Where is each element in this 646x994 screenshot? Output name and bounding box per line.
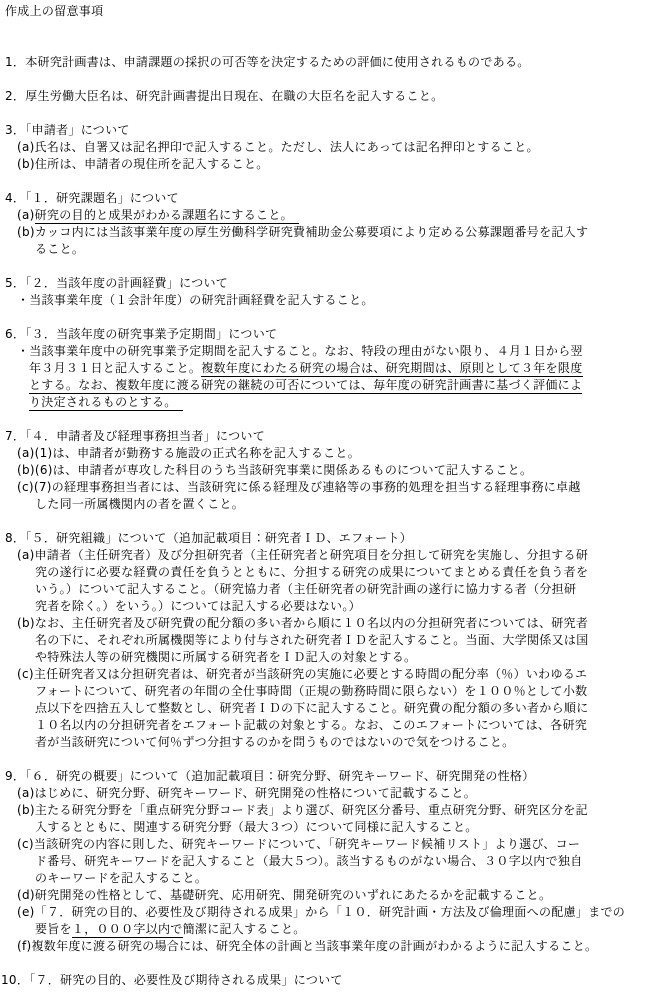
text-line: り決定されるものとする。 <box>0 394 646 411</box>
text-segment: 6．「３．当該年度の研究事業予定期間」について <box>5 327 277 341</box>
text-line: ること。 <box>0 241 646 258</box>
text-line: 名の下に、それぞれ所属機関等により付与された研究者ＩＤを記入すること。当面、大学… <box>0 632 646 649</box>
text-segment: (c)主任研究者又は分担研究者は、研究者が当該研究の実施に必要とする時間の配分率… <box>17 667 587 681</box>
underlined-text: 複数年度にわたる研究の場合は、研究期間は、原則として３年を限度 <box>201 361 582 377</box>
text-line: 7．「４．申請者及び経理事務担当者」について <box>0 428 646 445</box>
underlined-text: り決定されるものとする。 <box>29 395 183 411</box>
document-body: 1．本研究計画書は、申請課題の採択の可否等を決定するための評価に使用されるもので… <box>0 20 646 989</box>
text-segment: 者が当該研究について何％ずつ分担するのかを問うものではないので気をつけること。 <box>35 735 514 749</box>
underlined-text: １，０００字以内で <box>72 922 183 938</box>
text-line: (a)研究の目的と成果がわかる課題名にすること。 <box>0 207 646 224</box>
text-line: (d)研究開発の性格として、基礎研究、応用研究、開発研究のいずれにあたるかを記載… <box>0 887 646 904</box>
page-title: 作成上の留意事項 <box>0 3 646 20</box>
text-segment: 簡潔に記入すること。 <box>183 922 306 936</box>
text-line: のキーワードを記入すること。 <box>0 870 646 887</box>
text-line: 究の遂行に必要な経費の責任を負うとともに、分担する研究の成果についてまとめる責任… <box>0 564 646 581</box>
blank-line <box>0 105 646 122</box>
text-line: 9．「６．研究の概要」について（追加記載項目：研究分野、研究キーワード、研究開発… <box>0 768 646 785</box>
text-line: 10．「７．研究の目的、必要性及び期待される成果」について <box>0 972 646 989</box>
text-line: (c)主任研究者又は分担研究者は、研究者が当該研究の実施に必要とする時間の配分率… <box>0 666 646 683</box>
text-line: １０名以内の分担研究者をエフォート記載の対象とする。なお、このエフォートについて… <box>0 717 646 734</box>
text-line: 5．「２．当該年度の計画経費」について <box>0 275 646 292</box>
text-segment: 9．「６．研究の概要」について（追加記載項目：研究分野、研究キーワード、研究開発… <box>5 769 535 783</box>
text-segment: (a) <box>17 208 35 222</box>
blank-line <box>0 411 646 428</box>
text-line: (a)(1)は、申請者が勤務する施設の正式名称を記入すること。 <box>0 445 646 462</box>
text-line: 2．厚生労働大臣名は、研究計画書提出日現在、在職の大臣名を記入すること。 <box>0 88 646 105</box>
text-line: ・当該事業年度中の研究事業予定期間を記入すること。なお、特段の理由がない限り、４… <box>0 343 646 360</box>
text-line: 3．「申請者」について <box>0 122 646 139</box>
text-line: 点以下を四捨五入して整数とし、研究者ＩＤの下に記入すること。研究費の配分額の多い… <box>0 700 646 717</box>
text-segment: 8．「５．研究組織」について（追加記載項目：研究者ＩＤ、エフォート） <box>5 531 412 545</box>
blank-line <box>0 20 646 37</box>
text-line: (f)複数年度に渡る研究の場合には、研究全体の計画と当該事業年度の計画がわかるよ… <box>0 938 646 955</box>
text-line: (a)はじめに、研究分野、研究キーワード、研究開発の性格について記載すること。 <box>0 785 646 802</box>
underlined-text: 研究の目的と成果がわかる課題名にすること。 <box>35 208 300 224</box>
blank-line <box>0 513 646 530</box>
text-segment: のキーワードを記入すること。 <box>35 871 207 885</box>
text-segment: (b)なお、主任研究者及び研究費の配分額の多い者から順に１０名以内の分担研究者に… <box>17 616 588 630</box>
text-segment: ること。 <box>35 242 84 256</box>
underlined-text: とする。なお、複数年度に渡る研究の継続の可否については、毎年度の研究計画書に基づ… <box>29 378 582 394</box>
text-line: (a)申請者（主任研究者）及び分担研究者（主任研究者と研究項目を分担して研究を実… <box>0 547 646 564</box>
text-segment: (a)(1)は、申請者が勤務する施設の正式名称を記入すること。 <box>17 446 360 460</box>
blank-line <box>0 37 646 54</box>
text-line: (b)カッコ内には当該事業年度の厚生労働科学研究費補助金公募要項により定める公募… <box>0 224 646 241</box>
text-line: 入するとともに、関連する研究分野（最大３つ）について同様に記入すること。 <box>0 819 646 836</box>
text-segment: フォートについて、研究者の年間の全仕事時間（正規の勤務時間に限らない）を１００％… <box>35 684 587 698</box>
blank-line <box>0 751 646 768</box>
text-line: (b)住所は、申請者の現住所を記入すること。 <box>0 156 646 173</box>
text-line: 4．「１．研究課題名」について <box>0 190 646 207</box>
text-segment: 年３月３１日と記入すること。 <box>29 361 201 375</box>
text-segment: (f)複数年度に渡る研究の場合には、研究全体の計画と当該事業年度の計画がわかるよ… <box>17 939 597 953</box>
text-segment: (e)「７．研究の目的、必要性及び期待される成果」から「１０．研究計画・方法及び… <box>17 905 625 919</box>
text-segment: 7．「４．申請者及び経理事務担当者」について <box>5 429 265 443</box>
text-segment: １０名以内の分担研究者をエフォート記載の対象とする。なお、このエフォートについて… <box>35 718 587 732</box>
text-segment: 要旨を <box>35 922 72 936</box>
text-line: いう。）について記入すること。（研究協力者（主任研究者の研究計画の遂行に協力する… <box>0 581 646 598</box>
text-line: (c)(7)の経理事務担当者には、当該研究に係る経理及び連絡等の事務的処理を担当… <box>0 479 646 496</box>
text-line: 年３月３１日と記入すること。複数年度にわたる研究の場合は、研究期間は、原則として… <box>0 360 646 377</box>
text-line: 者が当該研究について何％ずつ分担するのかを問うものではないので気をつけること。 <box>0 734 646 751</box>
text-line: (a)氏名は、自署又は記名押印で記入すること。ただし、法人にあっては記名押印とす… <box>0 139 646 156</box>
blank-line <box>0 955 646 972</box>
text-segment: (c)(7)の経理事務担当者には、当該研究に係る経理及び連絡等の事務的処理を担当… <box>17 480 581 494</box>
text-segment: した同一所属機関内の者を置くこと。 <box>35 497 244 511</box>
text-line: 6．「３．当該年度の研究事業予定期間」について <box>0 326 646 343</box>
document-page: 作成上の留意事項 1．本研究計画書は、申請課題の採択の可否等を決定するための評価… <box>0 0 646 989</box>
text-segment: ・当該事業年度（１会計年度）の研究計画経費を記入すること。 <box>17 293 374 307</box>
text-line: (b)なお、主任研究者及び研究費の配分額の多い者から順に１０名以内の分担研究者に… <box>0 615 646 632</box>
text-segment: 1．本研究計画書は、申請課題の採択の可否等を決定するための評価に使用されるもので… <box>5 55 530 69</box>
text-segment: 究の遂行に必要な経費の責任を負うとともに、分担する研究の成果についてまとめる責任… <box>35 565 588 579</box>
text-segment: (b)カッコ内には当該事業年度の厚生労働科学研究費補助金公募要項により定める公募… <box>17 225 588 239</box>
text-segment: (b)住所は、申請者の現住所を記入すること。 <box>17 157 269 171</box>
text-segment: 入するとともに、関連する研究分野（最大３つ）について同様に記入すること。 <box>35 820 478 834</box>
text-segment: 10．「７．研究の目的、必要性及び期待される成果」について <box>1 973 343 987</box>
text-segment: (b)主たる研究分野を「重点研究分野コード表」より選び、研究区分番号、重点研究分… <box>17 803 588 817</box>
text-line: 要旨を１，０００字以内で簡潔に記入すること。 <box>0 921 646 938</box>
text-segment: (d)研究開発の性格として、基礎研究、応用研究、開発研究のいずれにあたるかを記載… <box>17 888 551 902</box>
blank-line <box>0 309 646 326</box>
blank-line <box>0 173 646 190</box>
text-line: フォートについて、研究者の年間の全仕事時間（正規の勤務時間に限らない）を１００％… <box>0 683 646 700</box>
text-segment: 2．厚生労働大臣名は、研究計画書提出日現在、在職の大臣名を記入すること。 <box>5 89 443 103</box>
text-segment: や特殊法人等の研究機関に所属する研究者をＩＤ記入の対象とする。 <box>35 650 416 664</box>
text-segment: (a)氏名は、自署又は記名押印で記入すること。ただし、法人にあっては記名押印とす… <box>17 140 539 154</box>
text-line: 究者を除く。）をいう。）については記入する必要はない。） <box>0 598 646 615</box>
text-segment: ド番号、研究キーワードを記入すること（最大５つ）。該当するものがない場合、３０字… <box>35 854 583 868</box>
blank-line <box>0 258 646 275</box>
text-segment: (c)当該研究の内容に則した、研究キーワードについて、「研究キーワード候補リスト… <box>17 837 580 851</box>
text-line: (b)(6)は、申請者が専攻した科目のうち当該研究事業に関係あるものについて記入… <box>0 462 646 479</box>
text-line: ド番号、研究キーワードを記入すること（最大５つ）。該当するものがない場合、３０字… <box>0 853 646 870</box>
text-segment: いう。）について記入すること。（研究協力者（主任研究者の研究計画の遂行に協力する… <box>35 582 576 596</box>
text-line: 1．本研究計画書は、申請課題の採択の可否等を決定するための評価に使用されるもので… <box>0 54 646 71</box>
text-line: 8．「５．研究組織」について（追加記載項目：研究者ＩＤ、エフォート） <box>0 530 646 547</box>
text-line: (e)「７．研究の目的、必要性及び期待される成果」から「１０．研究計画・方法及び… <box>0 904 646 921</box>
text-line: ・当該事業年度（１会計年度）の研究計画経費を記入すること。 <box>0 292 646 309</box>
text-segment: (b)(6)は、申請者が専攻した科目のうち当該研究事業に関係あるものについて記入… <box>17 463 532 477</box>
text-line: や特殊法人等の研究機関に所属する研究者をＩＤ記入の対象とする。 <box>0 649 646 666</box>
text-line: した同一所属機関内の者を置くこと。 <box>0 496 646 513</box>
text-segment: (a)はじめに、研究分野、研究キーワード、研究開発の性格について記載すること。 <box>17 786 476 800</box>
text-segment: 4．「１．研究課題名」について <box>5 191 179 205</box>
text-segment: ・当該事業年度中の研究事業予定期間を記入すること。なお、特段の理由がない限り、４… <box>17 344 583 358</box>
text-segment: 5．「２．当該年度の計画経費」について <box>5 276 228 290</box>
text-segment: 名の下に、それぞれ所属機関等により付与された研究者ＩＤを記入すること。当面、大学… <box>35 633 589 647</box>
text-segment: (a)申請者（主任研究者）及び分担研究者（主任研究者と研究項目を分担して研究を実… <box>17 548 588 562</box>
text-segment: 3．「申請者」について <box>5 123 130 137</box>
text-segment: 究者を除く。）をいう。）については記入する必要はない。） <box>35 599 361 613</box>
text-line: (c)当該研究の内容に則した、研究キーワードについて、「研究キーワード候補リスト… <box>0 836 646 853</box>
text-line: とする。なお、複数年度に渡る研究の継続の可否については、毎年度の研究計画書に基づ… <box>0 377 646 394</box>
blank-line <box>0 71 646 88</box>
text-line: (b)主たる研究分野を「重点研究分野コード表」より選び、研究区分番号、重点研究分… <box>0 802 646 819</box>
text-segment: 点以下を四捨五入して整数とし、研究者ＩＤの下に記入すること。研究費の配分額の多い… <box>35 701 589 715</box>
